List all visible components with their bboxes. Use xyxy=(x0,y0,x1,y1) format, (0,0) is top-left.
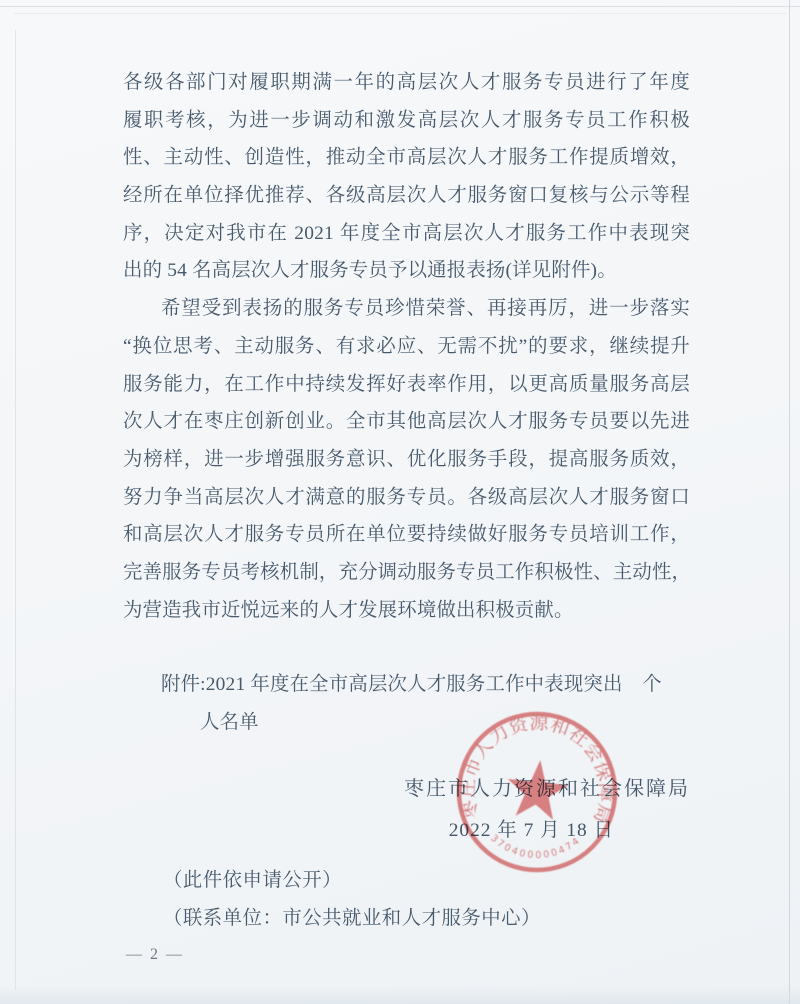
paragraph-2: 希望受到表扬的服务专员珍惜荣誉、再接再厉，进一步落实 “换位思考、主动服务、有求… xyxy=(123,290,690,629)
body-line: 经所在单位择优推荐、各级高层次人才服务窗口复核与公示等程 xyxy=(123,177,690,215)
body-line: 和高层次人才服务专员所在单位要持续做好服务专员培训工作， xyxy=(123,516,690,554)
body-line: 序，决定对我市在 2021 年度全市高层次人才服务工作中表现突 xyxy=(123,215,690,253)
document-body: 各级各部门对履职期满一年的高层次人才服务专员进行了年度 履职考核，为进一步调动和… xyxy=(123,64,690,938)
scanned-document-page: { "page": { "number": "— 2 —" }, "body_t… xyxy=(0,0,800,1004)
body-line: 为营造我市近悦远来的人才发展环境做出积极贡献。 xyxy=(123,592,690,630)
scan-edge-top-inner xyxy=(14,13,786,14)
body-line: 性、主动性、创造性，推动全市高层次人才服务工作提质增效， xyxy=(123,139,690,177)
body-line: “换位思考、主动服务、有求必应、无需不扰”的要求，继续提升 xyxy=(123,328,690,366)
body-line: 希望受到表扬的服务专员珍惜荣誉、再接再厉，进一步落实 xyxy=(123,290,690,328)
attachment-reference: 附件:2021 年度在全市高层次人才服务工作中表现突出 个 人名单 xyxy=(123,666,690,741)
scan-edge-bottom xyxy=(0,986,800,1004)
page-number: — 2 — xyxy=(126,946,184,964)
body-line: 努力争当高层次人才满意的服务专员。各级高层次人才服务窗口 xyxy=(123,479,690,517)
contact-note: （联系单位：市公共就业和人才服务中心） xyxy=(123,900,690,938)
attachment-line: 人名单 xyxy=(123,704,690,742)
body-line: 各级各部门对履职期满一年的高层次人才服务专员进行了年度 xyxy=(123,64,690,102)
body-line: 出的 54 名高层次人才服务专员予以通报表扬(详见附件)。 xyxy=(123,252,690,290)
attachment-line: 附件:2021 年度在全市高层次人才服务工作中表现突出 个 xyxy=(123,666,690,704)
body-line: 为榜样，进一步增强服务意识、优化服务手段，提高服务质效， xyxy=(123,441,690,479)
issue-date: 2022 年 7 月 18 日 xyxy=(123,812,690,850)
body-line: 履职考核，为进一步调动和激发高层次人才服务专员工作积极 xyxy=(123,102,690,140)
disclosure-note: （此件依申请公开） xyxy=(123,862,690,900)
footer-notes: （此件依申请公开） （联系单位：市公共就业和人才服务中心） xyxy=(123,862,690,938)
body-line: 服务能力，在工作中持续发挥好表率作用，以更高质量服务高层 xyxy=(123,366,690,404)
signature-block: 枣庄市人力资源和社会保障局 2022 年 7 月 18 日 xyxy=(123,770,690,850)
scan-edge-left xyxy=(15,30,16,990)
body-line: 次人才在枣庄创新创业。全市其他高层次人才服务专员要以先进 xyxy=(123,403,690,441)
scan-edge-right xyxy=(789,0,790,1004)
issuing-agency: 枣庄市人力资源和社会保障局 xyxy=(123,770,690,808)
paragraph-1: 各级各部门对履职期满一年的高层次人才服务专员进行了年度 履职考核，为进一步调动和… xyxy=(123,64,690,290)
body-line: 完善服务专员考核机制，充分调动服务专员工作积极性、主动性， xyxy=(123,554,690,592)
scan-edge-top xyxy=(0,6,800,7)
